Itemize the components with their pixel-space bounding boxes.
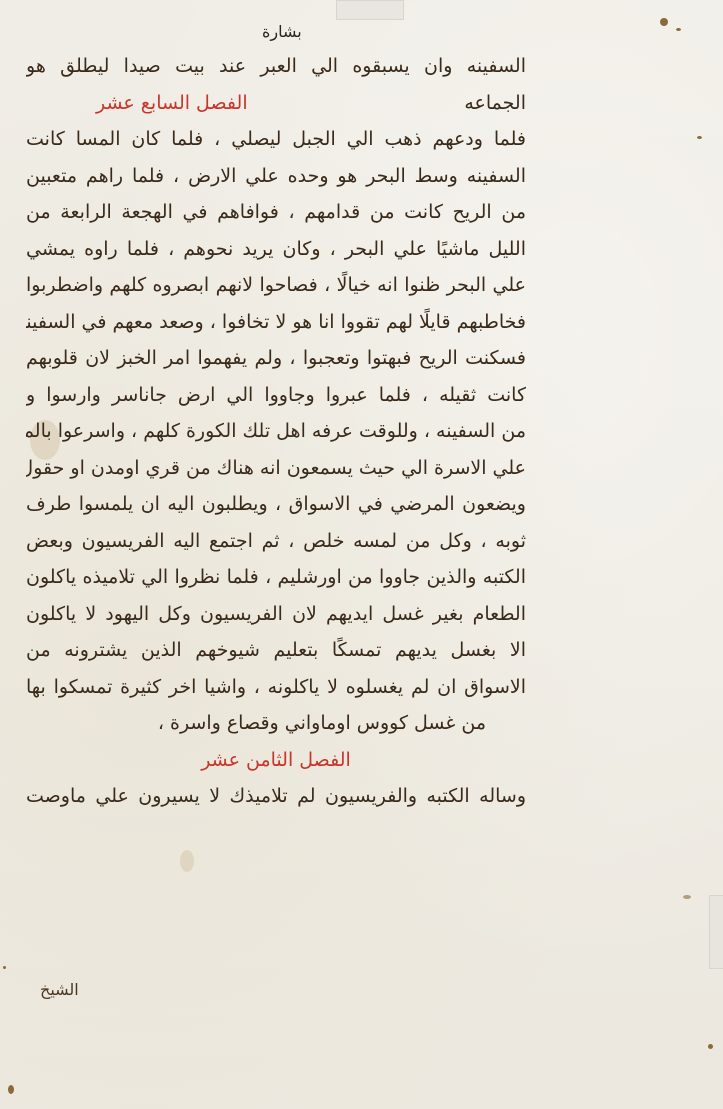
text-line-1: السفينه وان يسبقوه الي العبر عند بيت صيد… [26, 48, 526, 85]
text-line-5: من الريح كانت من قدامهم ، فوافاهم في اله… [26, 194, 526, 231]
text-line-6: الليل ماشيًا علي البحر ، وكان يريد نحوهم… [26, 231, 526, 268]
text-line-15: الكتبه والذين جاووا من اورشليم ، فلما نظ… [26, 559, 526, 596]
text-line-4: السفينه وسط البحر هو وحده علي الارض ، فل… [26, 158, 526, 195]
text-line-7: علي البحر ظنوا انه خيالًا ، فصاحوا لانهم… [26, 267, 526, 304]
ink-blot [660, 18, 668, 26]
text-line-14: ثوبه ، وكل من لمسه خلص ، ثم اجتمع اليه ا… [26, 523, 526, 560]
catchword: الشيخ [40, 980, 79, 999]
ink-blot [676, 28, 681, 31]
paper-stain [180, 850, 194, 872]
tape-strip-top [336, 0, 404, 20]
text-line-11: من السفينه ، وللوقت عرفه اهل تلك الكورة … [26, 413, 526, 450]
manuscript-text-block: السفينه وان يسبقوه الي العبر عند بيت صيد… [26, 48, 526, 815]
manuscript-page: بشارة السفينه وان يسبقوه الي العبر عند ب… [0, 0, 723, 1109]
text-line-16: الطعام بغير غسل ايديهم لان الفريسيون وكل… [26, 596, 526, 633]
text-line-20: وساله الكتبه والفريسيون لم تلاميذك لا يس… [26, 778, 526, 815]
text-line-17: الا بغسل يديهم تمسكًا بتعليم شيوخهم الذي… [26, 632, 526, 669]
ink-blot [8, 1085, 14, 1094]
text-line-10: كانت ثقيله ، فلما عبروا وجاووا الي ارض ج… [26, 377, 526, 414]
ink-blot [3, 966, 6, 969]
text-line-18: الاسواق ان لم يغسلوه لا ياكلونه ، واشيا … [26, 669, 526, 706]
chapter-heading-17: الفصل السابع عشر [26, 85, 526, 122]
text-line-3: فلما ودعهم ذهب الي الجبل ليصلي ، فلما كا… [26, 121, 526, 158]
chapter-heading-18: الفصل الثامن عشر [26, 742, 526, 779]
text-line-19: من غسل كووس اوماواني وقصاع واسرة ، [26, 705, 526, 742]
text-line-8: فخاطبهم قايلًا لهم تقووا انا هو لا تخافو… [26, 304, 526, 341]
page-header-word: بشارة [262, 22, 302, 41]
ink-blot [697, 136, 702, 139]
tape-strip-right [709, 895, 723, 969]
text-line-9: فسكنت الريح فبهتوا وتعجبوا ، ولم يفهموا … [26, 340, 526, 377]
ink-blot [708, 1044, 713, 1049]
text-line-12: علي الاسرة الي حيث يسمعون انه هناك من قر… [26, 450, 526, 487]
text-line-13: ويضعون المرضي في الاسواق ، ويطلبون اليه … [26, 486, 526, 523]
ink-blot [683, 895, 691, 899]
